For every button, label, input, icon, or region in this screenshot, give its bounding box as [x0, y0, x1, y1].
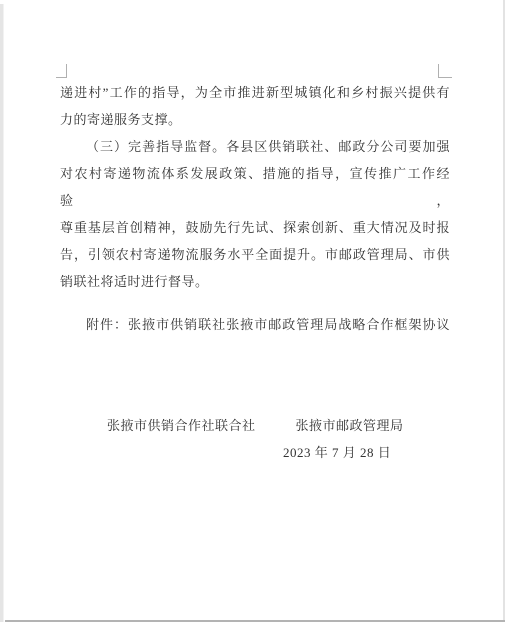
document-date: 2023 年 7 月 28 日 — [60, 439, 450, 466]
text-boundary-mark-top-right — [438, 64, 452, 78]
app-window: 递进村”工作的指导，为全市推进新型城镇化和乡村振兴提供有 力的寄递服务支撑。 （… — [0, 0, 505, 622]
signature-supply-cooperative: 张掖市供销合作社联合社 — [107, 412, 256, 439]
body-line: 尊重基层首创精神，鼓励先行先试、探索创新、重大情况及时报 — [60, 214, 450, 241]
body-line: 力的寄递服务支撑。 — [60, 106, 450, 133]
signature-postal-bureau: 张掖市邮政管理局 — [296, 412, 404, 439]
body-line: 对农村寄递物流体系发展政策、措施的指导，宣传推广工作经验， — [60, 160, 450, 214]
signature-row: 张掖市供销合作社联合社 张掖市邮政管理局 — [60, 412, 450, 439]
body-line: 销联社将适时进行督导。 — [60, 268, 450, 295]
text-boundary-mark-top-left — [56, 64, 67, 78]
body-line: （三）完善指导监督。各县区供销联社、邮政分公司要加强 — [60, 133, 450, 160]
attachment-line: 附件：张掖市供销联社张掖市邮政管理局战略合作框架协议 — [60, 311, 450, 338]
body-line: 告，引领农村寄递物流服务水平全面提升。市邮政管理局、市供 — [60, 241, 450, 268]
document-text-body[interactable]: 递进村”工作的指导，为全市推进新型城镇化和乡村振兴提供有 力的寄递服务支撑。 （… — [60, 79, 450, 466]
document-page[interactable]: 递进村”工作的指导，为全市推进新型城镇化和乡村振兴提供有 力的寄递服务支撑。 （… — [5, 0, 503, 620]
left-gutter-strip — [0, 4, 4, 622]
body-line: 递进村”工作的指导，为全市推进新型城镇化和乡村振兴提供有 — [60, 79, 450, 106]
